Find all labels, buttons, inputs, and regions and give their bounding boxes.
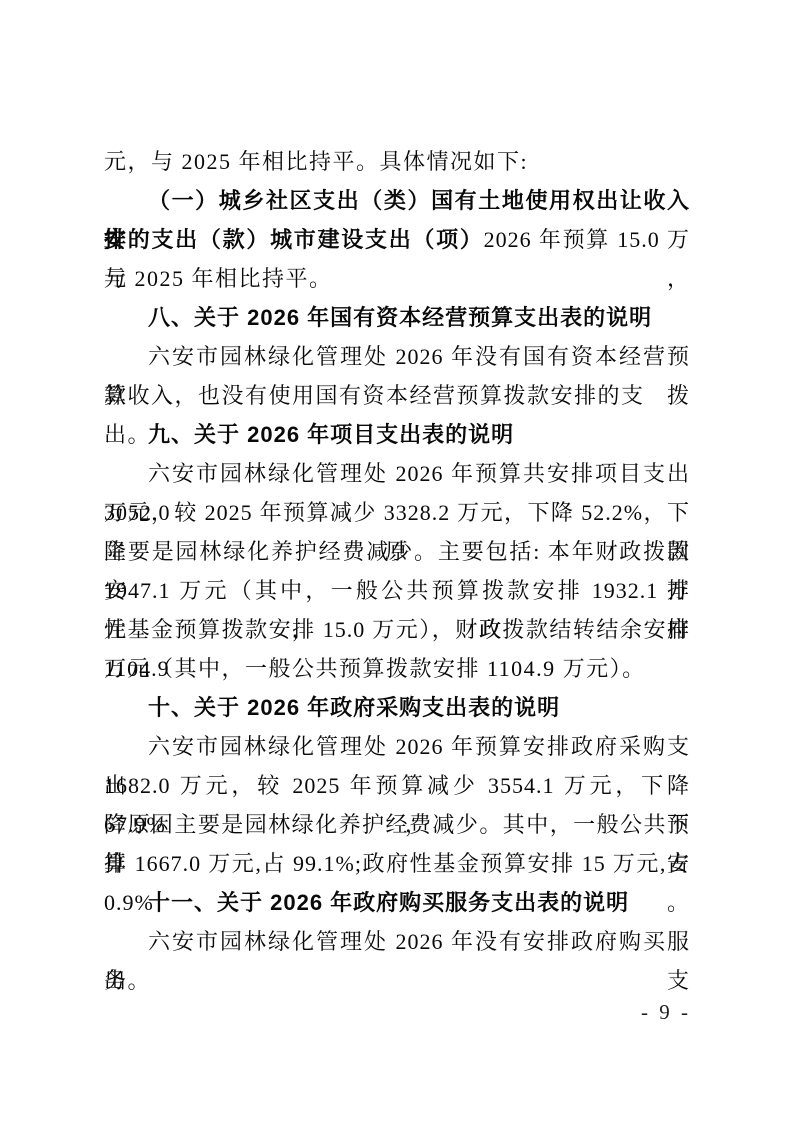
subitem-1-line-2: 排的支出（款）城市建设支出（项）2026 年预算 15.0 万元， (104, 220, 690, 259)
section-ix-body-line-4: 1947.1 万元（其中，一般公共预算拨款安排 1932.1 万元，政府 (104, 571, 690, 610)
heading-section-xi: 十一、关于 2026 年政府购买服务支出表的说明 (104, 883, 690, 922)
section-x-body-line-1: 六安市园林绿化管理处 2026 年预算安排政府采购支出 (104, 727, 690, 766)
document-page: 元，与 2025 年相比持平。具体情况如下: （一）城乡社区支出（类）国有土地使… (0, 0, 793, 1122)
section-x-body-line-4: 排 1667.0 万元,占 99.1%;政府性基金预算安排 15 万元,占 0.… (104, 844, 690, 883)
page-number: - 9 - (641, 999, 691, 1025)
section-x-body-line-3: 降原因主要是园林绿化养护经费减少。其中，一般公共预算安 (104, 805, 690, 844)
section-ix-body-line-2: 万元，较 2025 年预算减少 3328.2 万元，下降 52.2%，下降原因 (104, 493, 690, 532)
section-viii-body-line-2: 款收入，也没有使用国有资本经营预算拨款安排的支出。 (104, 376, 690, 415)
section-viii-body-line-1: 六安市园林绿化管理处 2026 年没有国有资本经营预算拨 (104, 337, 690, 376)
section-ix-body-line-3: 主要是园林绿化养护经费减少。主要包括: 本年财政拨款安排 (104, 532, 690, 571)
heading-section-x: 十、关于 2026 年政府采购支出表的说明 (104, 688, 690, 727)
classification-bold-text: 排的支出（款）城市建设支出（项） (104, 227, 484, 252)
section-ix-body-line-5: 性基金预算拨款安排 15.0 万元），财政拨款结转结余安排 1104.9 (104, 610, 690, 649)
heading-section-ix: 九、关于 2026 年项目支出表的说明 (104, 415, 690, 454)
section-ix-body-line-6: 万元（其中，一般公共预算拨款安排 1104.9 万元）。 (104, 649, 690, 688)
text-block: 元，与 2025 年相比持平。具体情况如下: （一）城乡社区支出（类）国有土地使… (104, 142, 690, 1000)
section-x-body-line-2: 1682.0 万元，较 2025 年预算减少 3554.1 万元，下降 67.9… (104, 766, 690, 805)
heading-section-viii: 八、关于 2026 年国有资本经营预算支出表的说明 (104, 298, 690, 337)
body-line-continuation: 元，与 2025 年相比持平。具体情况如下: (104, 142, 690, 181)
section-ix-body-line-1: 六安市园林绿化管理处 2026 年预算共安排项目支出 3052.0 (104, 454, 690, 493)
subitem-1-line-1: （一）城乡社区支出（类）国有土地使用权出让收入安 (104, 181, 690, 220)
section-xi-body-line-1: 六安市园林绿化管理处 2026 年没有安排政府购买服务支 (104, 922, 690, 961)
